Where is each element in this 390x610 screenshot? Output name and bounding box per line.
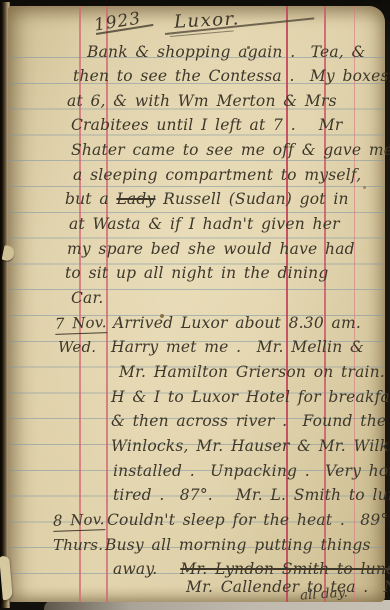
diary-line: to sit up all night in the dining — [8, 264, 381, 289]
diary-line: installed . Unpacking . Very hot & — [8, 462, 381, 487]
line-text: to sit up all night in the dining — [65, 264, 328, 282]
diary-line: Car. — [8, 289, 381, 314]
diary-line: Thurs.Busy all morning putting things — [8, 536, 381, 561]
diary-line: Wed.Harry met me . Mr. Mellin & — [8, 338, 381, 363]
diary-line: Shater came to see me off & gave me — [8, 141, 381, 166]
line-text: at 6, & with Wm Merton & Mrs — [67, 92, 337, 110]
diary-line: a sleeping compartment to myself, — [8, 166, 381, 191]
diary-line: but a Lady Russell (Sudan) got in — [8, 190, 381, 215]
diary-line: tired . 87°. Mr. L. Smith to lunch — [8, 486, 381, 511]
line-text: Bank & shopping again . Tea, & — [87, 43, 366, 61]
notebook-photo: 1923 Luxor. Bank & shopping again . Tea,… — [0, 0, 390, 610]
line-text: Shater came to see me off & gave me — [71, 141, 390, 159]
line-text: Mr. Hamilton Grierson on train. — [119, 363, 385, 381]
ink-speck — [363, 186, 366, 189]
diary-line: & then across river . Found the — [8, 412, 381, 437]
line-text: tired . 87°. Mr. L. Smith to lunch — [113, 486, 390, 504]
diary-line: Mr. Hamilton Grierson on train. — [8, 363, 381, 388]
postscript-note: all day. — [300, 584, 349, 603]
diary-line: Crabitees until I left at 7 . Mr — [8, 116, 381, 141]
date-label: 8 Nov. — [53, 510, 105, 532]
line-text: Crabitees until I left at 7 . Mr — [71, 116, 342, 134]
diary-page: 1923 Luxor. Bank & shopping again . Tea,… — [8, 6, 385, 602]
line-text: a sleeping compartment to myself, — [73, 166, 361, 184]
diary-line: Winlocks, Mr. Hauser & Mr. Wilkinson — [8, 437, 381, 462]
ink-speck — [160, 314, 164, 318]
line-text: Mr. Callender to tea . Not out — [186, 578, 390, 596]
line-text: Busy all morning putting things — [105, 536, 371, 554]
diary-line: my spare bed she would have had — [8, 240, 381, 265]
ink-speck — [247, 46, 250, 49]
line-text: away. Mr. Lyndon Smith to lunch. — [113, 560, 390, 578]
diary-line: at Wasta & if I hadn't given her — [8, 215, 381, 240]
line-text: Winlocks, Mr. Hauser & Mr. Wilkinson — [111, 437, 390, 455]
diary-line: at 6, & with Wm Merton & Mrs — [8, 92, 381, 117]
line-text: Car. — [71, 289, 104, 307]
diary-line: 8 Nov.Couldn't sleep for the heat . 89°. — [8, 511, 381, 536]
diary-line: H & I to Luxor Hotel for breakfast — [8, 388, 381, 413]
line-text: & then across river . Found the — [111, 412, 386, 430]
line-text: my spare bed she would have had — [67, 240, 355, 258]
line-text: Harry met me . Mr. Mellin & — [111, 338, 364, 356]
line-text: installed . Unpacking . Very hot & — [113, 462, 390, 480]
date-label: Wed. — [58, 338, 96, 356]
line-text: H & I to Luxor Hotel for breakfast — [111, 388, 390, 406]
diary-line: then to see the Contessa . My boxes left — [8, 67, 381, 92]
struck-text: Mr. Lyndon Smith to lunch — [180, 560, 390, 578]
line-text: then to see the Contessa . My boxes left — [73, 67, 390, 85]
diary-line: 7 Nov.Arrived Luxor about 8.30 am. — [8, 314, 381, 339]
line-text: Arrived Luxor about 8.30 am. — [113, 314, 361, 332]
line-text: Couldn't sleep for the heat . 89°. — [107, 511, 390, 529]
diary-lines: Bank & shopping again . Tea, &then to se… — [8, 6, 385, 602]
diary-line: Bank & shopping again . Tea, & — [8, 43, 381, 68]
line-text: but a Lady Russell (Sudan) got in — [65, 190, 349, 208]
date-label: 7 Nov. — [55, 313, 107, 335]
date-label: Thurs. — [53, 536, 103, 554]
struck-text: Lady — [116, 190, 155, 208]
line-text: at Wasta & if I hadn't given her — [69, 215, 340, 233]
